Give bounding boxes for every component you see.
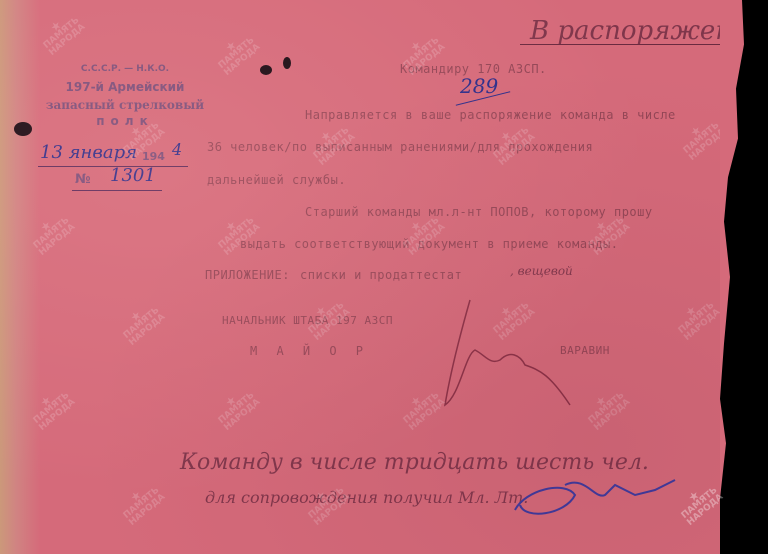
signatory-rank: М А Й О Р xyxy=(250,344,369,358)
stamp-line2: 197-й Армейский xyxy=(40,80,210,94)
watermark: ★ПАМЯТЬНАРОДА xyxy=(486,119,537,168)
body-line-3: дальнейшей службы. xyxy=(207,173,346,187)
document-sheet: С.С.С.Р. — Н.К.О. 197-й Армейский запасн… xyxy=(0,0,740,554)
watermark: ★ПАМЯТЬНАРОДА xyxy=(211,29,262,78)
paper-hole xyxy=(260,65,272,75)
stamp-line1: С.С.С.Р. — Н.К.О. xyxy=(40,64,210,74)
annotation-underline xyxy=(520,44,720,45)
watermark: ★ПАМЯТЬНАРОДА xyxy=(306,119,357,168)
paper-stain xyxy=(0,0,40,554)
stamp-number: 1301 xyxy=(110,165,156,186)
stamp-rule xyxy=(72,190,162,191)
watermark: ★ПАМЯТЬНАРОДА xyxy=(301,479,352,528)
watermark: ★ПАМЯТЬНАРОДА xyxy=(116,299,167,348)
attachment-label: ПРИЛОЖЕНИЕ: xyxy=(205,268,290,282)
stamp-year-hand: 4 xyxy=(172,140,182,159)
unit-stamp: С.С.С.Р. — Н.К.О. 197-й Армейский запасн… xyxy=(40,64,210,128)
watermark: ★ПАМЯТЬНАРОДА xyxy=(211,384,262,433)
stamp-line4: полк xyxy=(40,114,210,128)
paper-hole xyxy=(283,57,291,69)
watermark: ★ПАМЯТЬНАРОДА xyxy=(301,294,352,343)
watermark: ★ПАМЯТЬНАРОДА xyxy=(116,479,167,528)
receipt-line-2: для сопровождения получил Мл. Лт. xyxy=(205,488,528,507)
stamp-number-prefix: № xyxy=(75,172,91,187)
receipt-signature xyxy=(505,470,695,530)
attachment-handwritten: , вещевой xyxy=(510,264,573,278)
watermark: ★ПАМЯТЬНАРОДА xyxy=(671,294,722,343)
stamp-line3: запасный стрелковый xyxy=(40,98,210,112)
paper-hole xyxy=(14,122,32,136)
body-line-2: 36 человек/по выписанным ранениями/для п… xyxy=(207,140,593,154)
body-line-1: Направляется в ваше распоряжение команда… xyxy=(305,108,676,122)
attachment-text: списки и продаттестат xyxy=(300,268,462,282)
watermark: ★ПАМЯТЬНАРОДА xyxy=(36,9,87,58)
